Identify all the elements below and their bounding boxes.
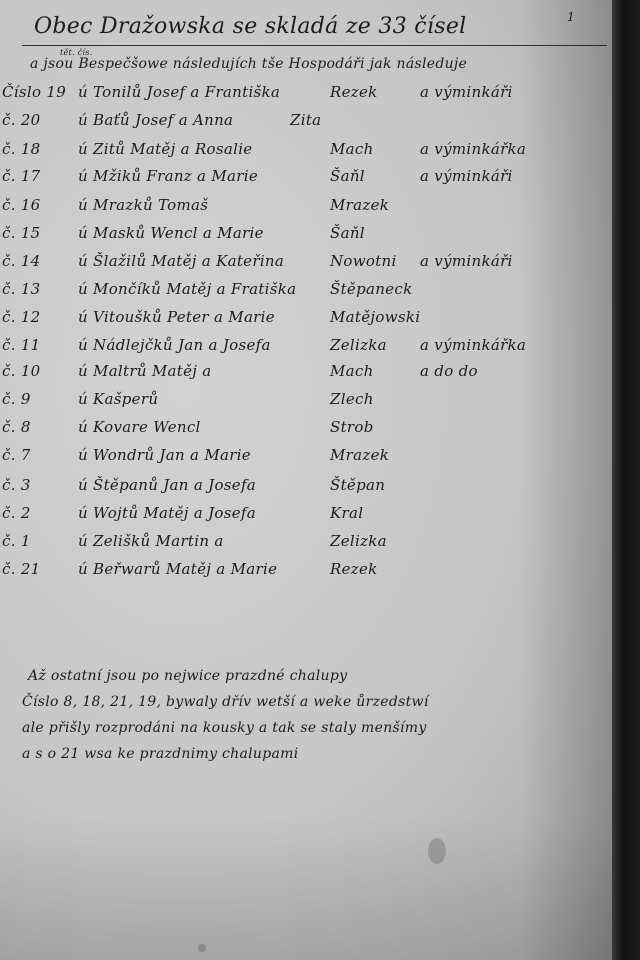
house-number: č. 10 [2, 362, 41, 380]
owner-names: ú Wondrů Jan a Marie [78, 446, 251, 464]
closing-note-line: Až ostatní jsou po nejwice prazdné chalu… [28, 668, 347, 684]
book-binding-edge [612, 0, 640, 960]
owner-names: ú Mžiků Franz a Marie [78, 167, 258, 185]
surname: Nowotni [330, 252, 397, 270]
household-entry: č. 13ú Mončíků Matěj a FratiškaŠtěpaneck [0, 280, 612, 308]
household-entry: č. 8ú Kovare WenclStrob [0, 418, 612, 446]
house-number: č. 2 [2, 504, 31, 522]
household-entry: č. 1ú Zelišků Martin aZelizka [0, 532, 612, 560]
surname: Strob [330, 418, 374, 436]
household-entry: č. 16ú Mrazků TomašMrazek [0, 196, 612, 224]
owner-names: ú Beřwarů Matěj a Marie [78, 560, 277, 578]
household-entry: č. 3ú Štěpanů Jan a JosefaŠtěpan [0, 476, 612, 504]
household-entry: č. 21ú Beřwarů Matěj a MarieRezek [0, 560, 612, 588]
owner-names: ú Mrazků Tomaš [78, 196, 208, 214]
owner-names: ú Tonilů Josef a Františka [78, 83, 280, 101]
household-entry: č. 10ú Maltrů Matěj aMacha do do [0, 362, 612, 390]
surname: Zlech [330, 390, 374, 408]
surname: Zelizka [330, 532, 387, 550]
household-entry: č. 17ú Mžiků Franz a MarieŠaňla výminkář… [0, 167, 612, 195]
surname: Mach [330, 140, 374, 158]
household-entry: č. 2ú Wojtů Matěj a JosefaKral [0, 504, 612, 532]
surname: Zelizka [330, 336, 387, 354]
household-entry: č. 12ú Vitoušků Peter a MarieMatějowski [0, 308, 612, 336]
page-number: 1 [567, 10, 575, 24]
owner-names: ú Baťů Josef a Anna [78, 111, 233, 129]
entry-note: a do do [420, 362, 478, 380]
household-entry: č. 14ú Šlažilů Matěj a KateřinaNowotnia … [0, 252, 612, 280]
household-entry: č. 20ú Baťů Josef a AnnaZita [0, 111, 612, 139]
house-number: č. 18 [2, 140, 41, 158]
surname: Štěpan [330, 476, 385, 494]
surname: Matějowski [330, 308, 420, 326]
household-entry: č. 7ú Wondrů Jan a MarieMrazek [0, 446, 612, 474]
owner-names: ú Vitoušků Peter a Marie [78, 308, 275, 326]
house-number: č. 17 [2, 167, 41, 185]
house-number: č. 13 [2, 280, 41, 298]
entry-note: a výminkářka [420, 336, 526, 354]
closing-note-line: Číslo 8, 18, 21, 19, bywaly dřív wetší a… [22, 694, 429, 710]
owner-names: ú Masků Wencl a Marie [78, 224, 264, 242]
house-number: č. 14 [2, 252, 41, 270]
surname: Mrazek [330, 196, 389, 214]
house-number: Číslo 19 [2, 83, 66, 101]
title-underline [22, 45, 607, 46]
surname: Rezek [330, 83, 378, 101]
ink-smudge [428, 838, 446, 864]
house-number: č. 8 [2, 418, 31, 436]
surname: Zita [290, 111, 321, 129]
surname: Šaňl [330, 224, 365, 242]
surname: Mrazek [330, 446, 389, 464]
closing-note-line: a s o 21 wsa ke prazdnimy chalupami [22, 746, 299, 762]
owner-names: ú Maltrů Matěj a [78, 362, 212, 380]
house-number: č. 15 [2, 224, 41, 242]
owner-names: ú Mončíků Matěj a Fratiška [78, 280, 296, 298]
document-title: Obec Dražowska se skladá ze 33 čísel [34, 14, 466, 39]
entry-note: a výminkáři [420, 252, 513, 270]
house-number: č. 1 [2, 532, 31, 550]
household-entry: č. 9ú KašperůZlech [0, 390, 612, 418]
document-page: Obec Dražowska se skladá ze 33 čísel 1 t… [0, 0, 612, 960]
house-number: č. 9 [2, 390, 31, 408]
owner-names: ú Šlažilů Matěj a Kateřina [78, 252, 284, 270]
owner-names: ú Wojtů Matěj a Josefa [78, 504, 256, 522]
owner-names: ú Nádlejčků Jan a Josefa [78, 336, 271, 354]
surname: Štěpaneck [330, 280, 412, 298]
house-number: č. 16 [2, 196, 41, 214]
house-number: č. 20 [2, 111, 41, 129]
household-entry: č. 15ú Masků Wencl a MarieŠaňl [0, 224, 612, 252]
entry-note: a výminkáři [420, 167, 513, 185]
surname: Kral [330, 504, 363, 522]
house-number: č. 3 [2, 476, 31, 494]
house-number: č. 21 [2, 560, 41, 578]
surname: Šaňl [330, 167, 365, 185]
closing-note-line: ale přišly rozprodáni na kousky a tak se… [22, 720, 427, 736]
owner-names: ú Kašperů [78, 390, 158, 408]
owner-names: ú Zitů Matěj a Rosalie [78, 140, 252, 158]
house-number: č. 11 [2, 336, 41, 354]
entry-note: a výminkáři [420, 83, 513, 101]
owner-names: ú Kovare Wencl [78, 418, 201, 436]
ink-spot [198, 944, 206, 952]
house-number: č. 7 [2, 446, 31, 464]
household-entry: č. 11ú Nádlejčků Jan a JosefaZelizkaa vý… [0, 336, 612, 364]
household-entry: Číslo 19ú Tonilů Josef a FrantiškaRezeka… [0, 83, 612, 111]
owner-names: ú Zelišků Martin a [78, 532, 224, 550]
entry-note: a výminkářka [420, 140, 526, 158]
intro-line: a jsou Bespečšowe následujích tše Hospod… [30, 56, 467, 72]
surname: Rezek [330, 560, 378, 578]
house-number: č. 12 [2, 308, 41, 326]
household-entry: č. 18ú Zitů Matěj a RosalieMacha výminká… [0, 140, 612, 168]
surname: Mach [330, 362, 374, 380]
owner-names: ú Štěpanů Jan a Josefa [78, 476, 256, 494]
